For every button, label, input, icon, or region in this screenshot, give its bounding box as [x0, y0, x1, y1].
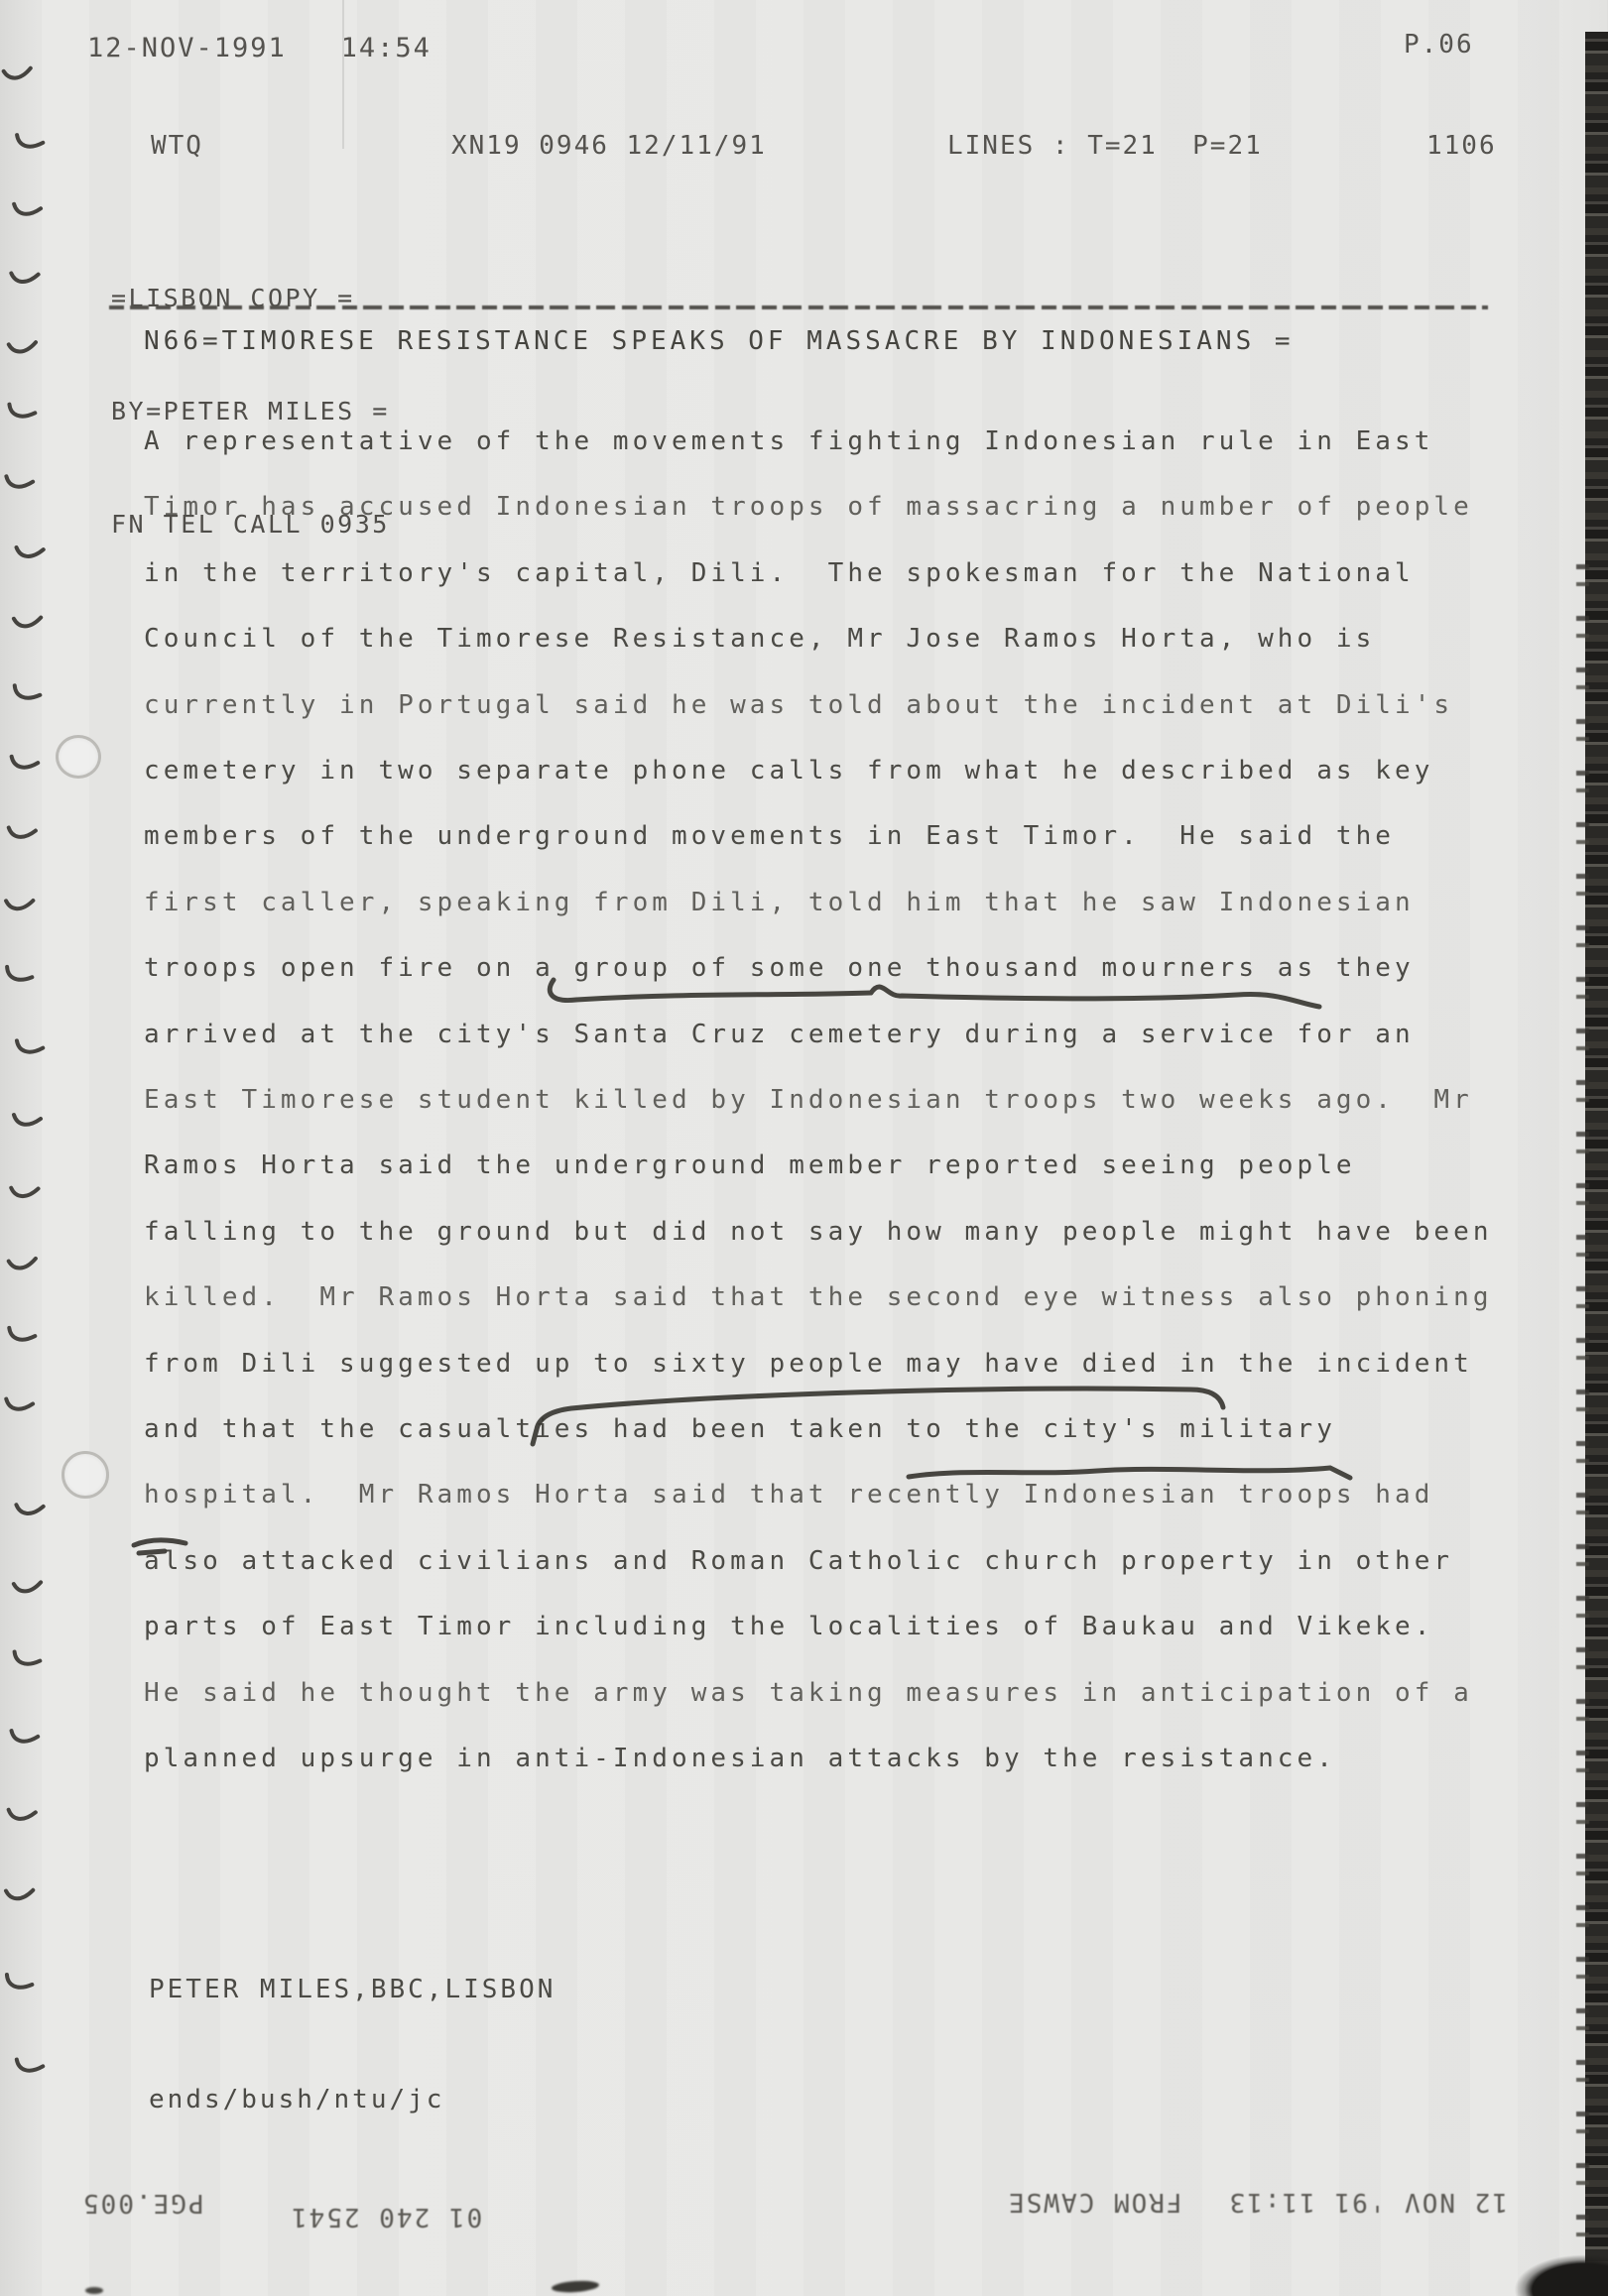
underline-thousand-mourners-2 — [871, 987, 1319, 1007]
scan-corner-blob — [1514, 2254, 1608, 2296]
mark-under-hospital-2 — [139, 1551, 165, 1553]
fax-document-scan: 12-NOV-1991 14:54 P.06 WTQ XN19 0946 12/… — [0, 0, 1608, 2296]
scan-edge-artifact-inner — [1576, 555, 1589, 2296]
underline-thousand-mourners — [550, 980, 871, 1001]
scan-smudge — [85, 2287, 103, 2294]
pen-underline-annotations — [0, 0, 1608, 2296]
underline-city-military — [909, 1468, 1350, 1478]
mark-under-hospital — [134, 1540, 186, 1545]
underline-sixty-people-died — [533, 1389, 1223, 1444]
